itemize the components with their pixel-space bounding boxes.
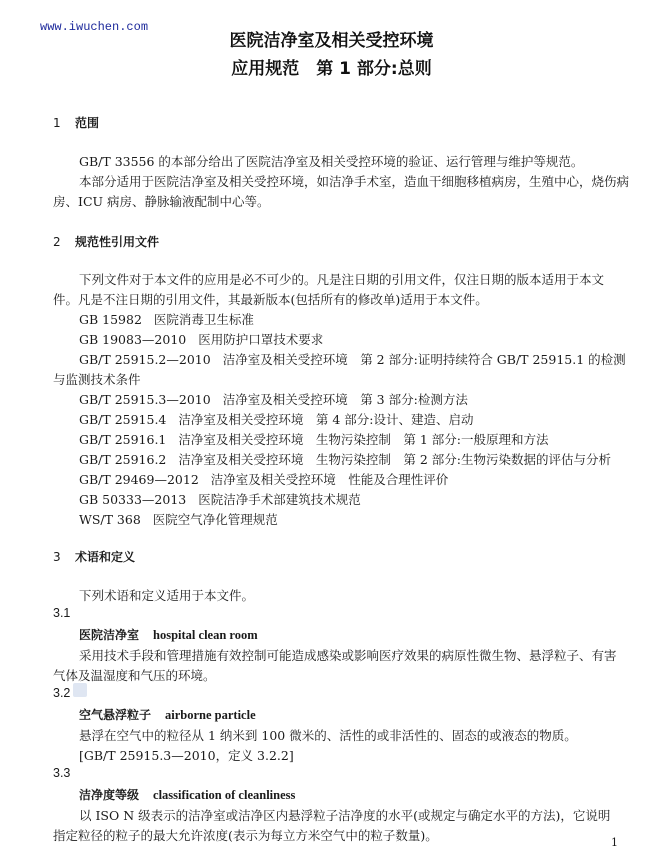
document-title-line2: 应用规范 第 1 部分:总则: [0, 54, 663, 79]
reference-item: WS/T 368医院空气净化管理规范: [79, 510, 278, 528]
term-name-en: airborne particle: [165, 708, 256, 722]
term-title: 洁净度等级classification of cleanliness: [79, 786, 295, 803]
section-title: 范围: [75, 116, 99, 130]
term-title: 空气悬浮粒子airborne particle: [79, 706, 256, 723]
reference-title: 医院消毒卫生标准: [154, 312, 254, 327]
term-name-cn: 医院洁净室: [79, 628, 139, 642]
paragraph: 下列文件对于本文件的应用是必不可少的。凡是注日期的引用文件，仅注日期的版本适用于…: [79, 270, 604, 288]
section-title: 规范性引用文件: [75, 235, 159, 249]
paragraph-continuation: 件。凡是不注日期的引用文件，其最新版本(包括所有的修改单)适用于本文件。: [53, 290, 488, 308]
term-name-cn: 空气悬浮粒子: [79, 708, 151, 722]
reference-title: 医院空气净化管理规范: [153, 512, 278, 527]
section-heading-scope: 1范围: [53, 114, 99, 131]
reference-code: GB/T 25915.3—2010: [79, 392, 211, 407]
section-number: 3: [53, 550, 75, 564]
reference-title: 医院洁净手术部建筑技术规范: [198, 492, 361, 507]
paragraph: GB/T 33556 的本部分给出了医院洁净室及相关受控环境的验证、运行管理与维…: [79, 152, 583, 170]
reference-title: 医用防护口罩技术要求: [198, 332, 323, 347]
reference-title: 洁净室及相关受控环境 第 3 部分:检测方法: [223, 392, 468, 407]
reference-item: GB 15982医院消毒卫生标准: [79, 310, 254, 328]
reference-item: GB/T 25915.2—2010洁净室及相关受控环境 第 2 部分:证明持续符…: [79, 350, 626, 368]
reference-code: GB/T 25915.2—2010: [79, 352, 211, 367]
reference-title: 洁净室及相关受控环境 第 4 部分:设计、建造、启动: [178, 412, 473, 427]
reference-code: WS/T 368: [79, 512, 141, 527]
term-title: 医院洁净室hospital clean room: [79, 626, 258, 643]
term-name-en: hospital clean room: [153, 628, 258, 642]
reference-title: 洁净室及相关受控环境 第 2 部分:证明持续符合 GB/T 25915.1 的检…: [223, 352, 626, 367]
page-number: 1: [611, 836, 618, 849]
reference-code: GB 15982: [79, 312, 142, 327]
section-number: 1: [53, 116, 75, 130]
reference-code: GB/T 25915.4: [79, 412, 166, 427]
paragraph-continuation: 房、ICU 病房、静脉输液配制中心等。: [53, 192, 270, 210]
scan-artifact-icon: [73, 683, 87, 697]
section-heading-terms-definitions: 3术语和定义: [53, 548, 135, 565]
paragraph: 下列术语和定义适用于本文件。: [79, 586, 254, 604]
reference-code: GB 50333—2013: [79, 492, 186, 507]
reference-code: GB 19083—2010: [79, 332, 186, 347]
reference-continuation: 与监测技术条件: [53, 370, 141, 388]
reference-title: 洁净室及相关受控环境 性能及合理性评价: [211, 472, 449, 487]
term-name-cn: 洁净度等级: [79, 788, 139, 802]
reference-title: 洁净室及相关受控环境 生物污染控制 第 1 部分:一般原理和方法: [178, 432, 548, 447]
term-definition: 以 ISO N 级表示的洁净室或洁净区内悬浮粒子洁净度的水平(或规定与确定水平的…: [79, 806, 610, 824]
reference-item: GB/T 25915.3—2010洁净室及相关受控环境 第 3 部分:检测方法: [79, 390, 468, 408]
term-definition-continuation: 气体及温湿度和气压的环境。: [53, 666, 216, 684]
reference-item: GB/T 25916.1洁净室及相关受控环境 生物污染控制 第 1 部分:一般原…: [79, 430, 549, 448]
section-title: 术语和定义: [75, 550, 135, 564]
section-heading-normative-references: 2规范性引用文件: [53, 233, 159, 250]
paragraph: 本部分适用于医院洁净室及相关受控环境，如洁净手术室，造血干细胞移植病房，生殖中心…: [79, 172, 629, 190]
document-title-line1: 医院洁净室及相关受控环境: [0, 26, 663, 51]
reference-code: GB/T 29469—2012: [79, 472, 199, 487]
reference-code: GB/T 25916.1: [79, 432, 166, 447]
term-number: 3.1: [53, 606, 70, 620]
term-definition: 采用技术手段和管理措施有效控制可能造成感染或影响医疗效果的病原性微生物、悬浮粒子…: [79, 646, 617, 664]
reference-item: GB/T 25916.2洁净室及相关受控环境 生物污染控制 第 2 部分:生物污…: [79, 450, 611, 468]
reference-item: GB 19083—2010医用防护口罩技术要求: [79, 330, 323, 348]
reference-item: GB 50333—2013医院洁净手术部建筑技术规范: [79, 490, 361, 508]
term-name-en: classification of cleanliness: [153, 788, 295, 802]
term-number: 3.3: [53, 766, 70, 780]
term-number: 3.2: [53, 686, 70, 700]
reference-item: GB/T 25915.4洁净室及相关受控环境 第 4 部分:设计、建造、启动: [79, 410, 474, 428]
section-number: 2: [53, 235, 75, 249]
term-definition: 悬浮在空气中的粒径从 1 纳米到 100 微米的、活性的或非活性的、固态的或液态…: [79, 726, 577, 744]
reference-code: GB/T 25916.2: [79, 452, 166, 467]
term-definition-continuation: 指定粒径的粒子的最大允许浓度(表示为每立方米空气中的粒子数量)。: [53, 826, 438, 844]
reference-title: 洁净室及相关受控环境 生物污染控制 第 2 部分:生物污染数据的评估与分析: [178, 452, 611, 467]
reference-item: GB/T 29469—2012洁净室及相关受控环境 性能及合理性评价: [79, 470, 448, 488]
term-source: [GB/T 25915.3—2010，定义 3.2.2]: [79, 746, 294, 764]
